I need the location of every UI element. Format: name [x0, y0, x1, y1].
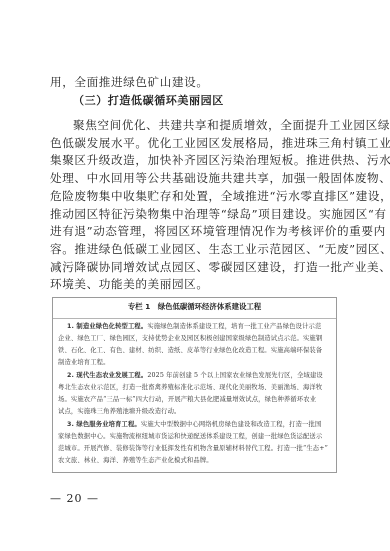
box-item-3-label: 3. 绿色服务业培育工程。 [67, 421, 141, 428]
box-item-2-line: 2. 现代生态农业发展工程。2025 年前创建 5 个以上国家农业绿色发展先行区… [67, 372, 343, 380]
body-line: 集聚区升级改造，加快补齐园区污染治理短板。推进供热、污水 [50, 153, 342, 167]
box-text: 范城市。开展汽修、装修装饰等行业低挥发性有机物含量原辅材料替代工程。打造一批“生… [58, 445, 334, 453]
box-text: 企业、绿色工厂、绿色园区，支持优势企业及园区积极创建国家级绿色制造试点示范。实施… [58, 335, 334, 343]
box-item-1-line: 1. 制造业绿色化转型工程。实施绿色制造体系建设工程，培育一批工业产品绿色设计示… [67, 323, 343, 331]
body-line: 环境美、功能美的美丽园区。 [50, 277, 342, 291]
body-line: 进有退”动态管理，将园区环境管理情况作为考核评价的重要内 [50, 224, 342, 238]
box-text: 家绿色数据中心。实施物流枢纽城市货运和快递配送体系建设工程，创建一批绿色货运配送… [58, 433, 334, 441]
body-line: 色低碳发展水平。优化工业园区发展格局，推进珠三角村镇工业 [50, 136, 342, 150]
box-text: 试点，实施珠三角养殖池塘升级改造行动。 [58, 408, 334, 416]
box-divider [53, 318, 336, 319]
body-line: 聚焦空间优化、共建共享和提质增效，全面提升工业园区绿 [73, 118, 342, 132]
body-line: 减污降碳协同增效试点园区、零碳园区建设，打造一批产业美、 [50, 260, 342, 274]
body-line: 容。推进绿色低碳工业园区、生态工业示范园区、“无废”园区、 [50, 242, 342, 256]
box-text: 铁、石化、化工、有色、建材、纺织、造纸、皮革等行业绿色化改造工程。实施高端环保装… [58, 347, 334, 355]
paragraph-line: 用，全面推进绿色矿山建设。 [50, 75, 342, 89]
box-item-3-line: 3. 绿色服务业培育工程。实施大中型数据中心网络机房绿色建设和改造工程，打造一批… [67, 421, 343, 429]
box-title: 专栏 1 绿色低碳循环经济体系建设工程 [53, 302, 336, 312]
page-number: — 20 — [50, 492, 99, 506]
body-line: 危险废物集中收集贮存和处置，全域推进“污水零直排区”建设， [50, 189, 342, 203]
box-text: 场。实施农产品“三品一标”四大行动，开展产粮大县化肥减量增效试点，绿色种养循环农… [58, 396, 334, 404]
box-text: 实施大中型数据中心网络机房绿色建设和改造工程，打造一批国 [141, 421, 322, 428]
body-line: 推动园区特征污染物集中治理等“绿岛”项目建设。实施园区“有 [50, 207, 342, 221]
feature-box: 专栏 1 绿色低碳循环经济体系建设工程 1. 制造业绿色化转型工程。实施绿色制造… [52, 297, 337, 473]
box-item-2-label: 2. 现代生态农业发展工程。 [67, 372, 147, 379]
box-item-1-label: 1. 制造业绿色化转型工程。 [67, 323, 147, 330]
body-line: 处理、中水回用等公共基础设施共建共享，加强一般固体废物、 [50, 171, 342, 185]
box-text: 农文旅、林业、海洋、养殖等生态产业化模式和品牌。 [58, 457, 334, 465]
box-text: 制造业培育工程。 [58, 359, 334, 367]
box-text: 实施绿色制造体系建设工程，培育一批工业产品绿色设计示范 [147, 323, 321, 330]
section-heading: （三）打造低碳循环美丽园区 [73, 94, 342, 108]
box-text: 粤北生态农业示范区，打造一批畜禽养殖标准化示范场、现代化美丽牧场、美丽渔场、海洋… [58, 384, 334, 392]
box-text: 2025 年前创建 5 个以上国家农业绿色发展先行区，全域建设 [147, 372, 323, 379]
